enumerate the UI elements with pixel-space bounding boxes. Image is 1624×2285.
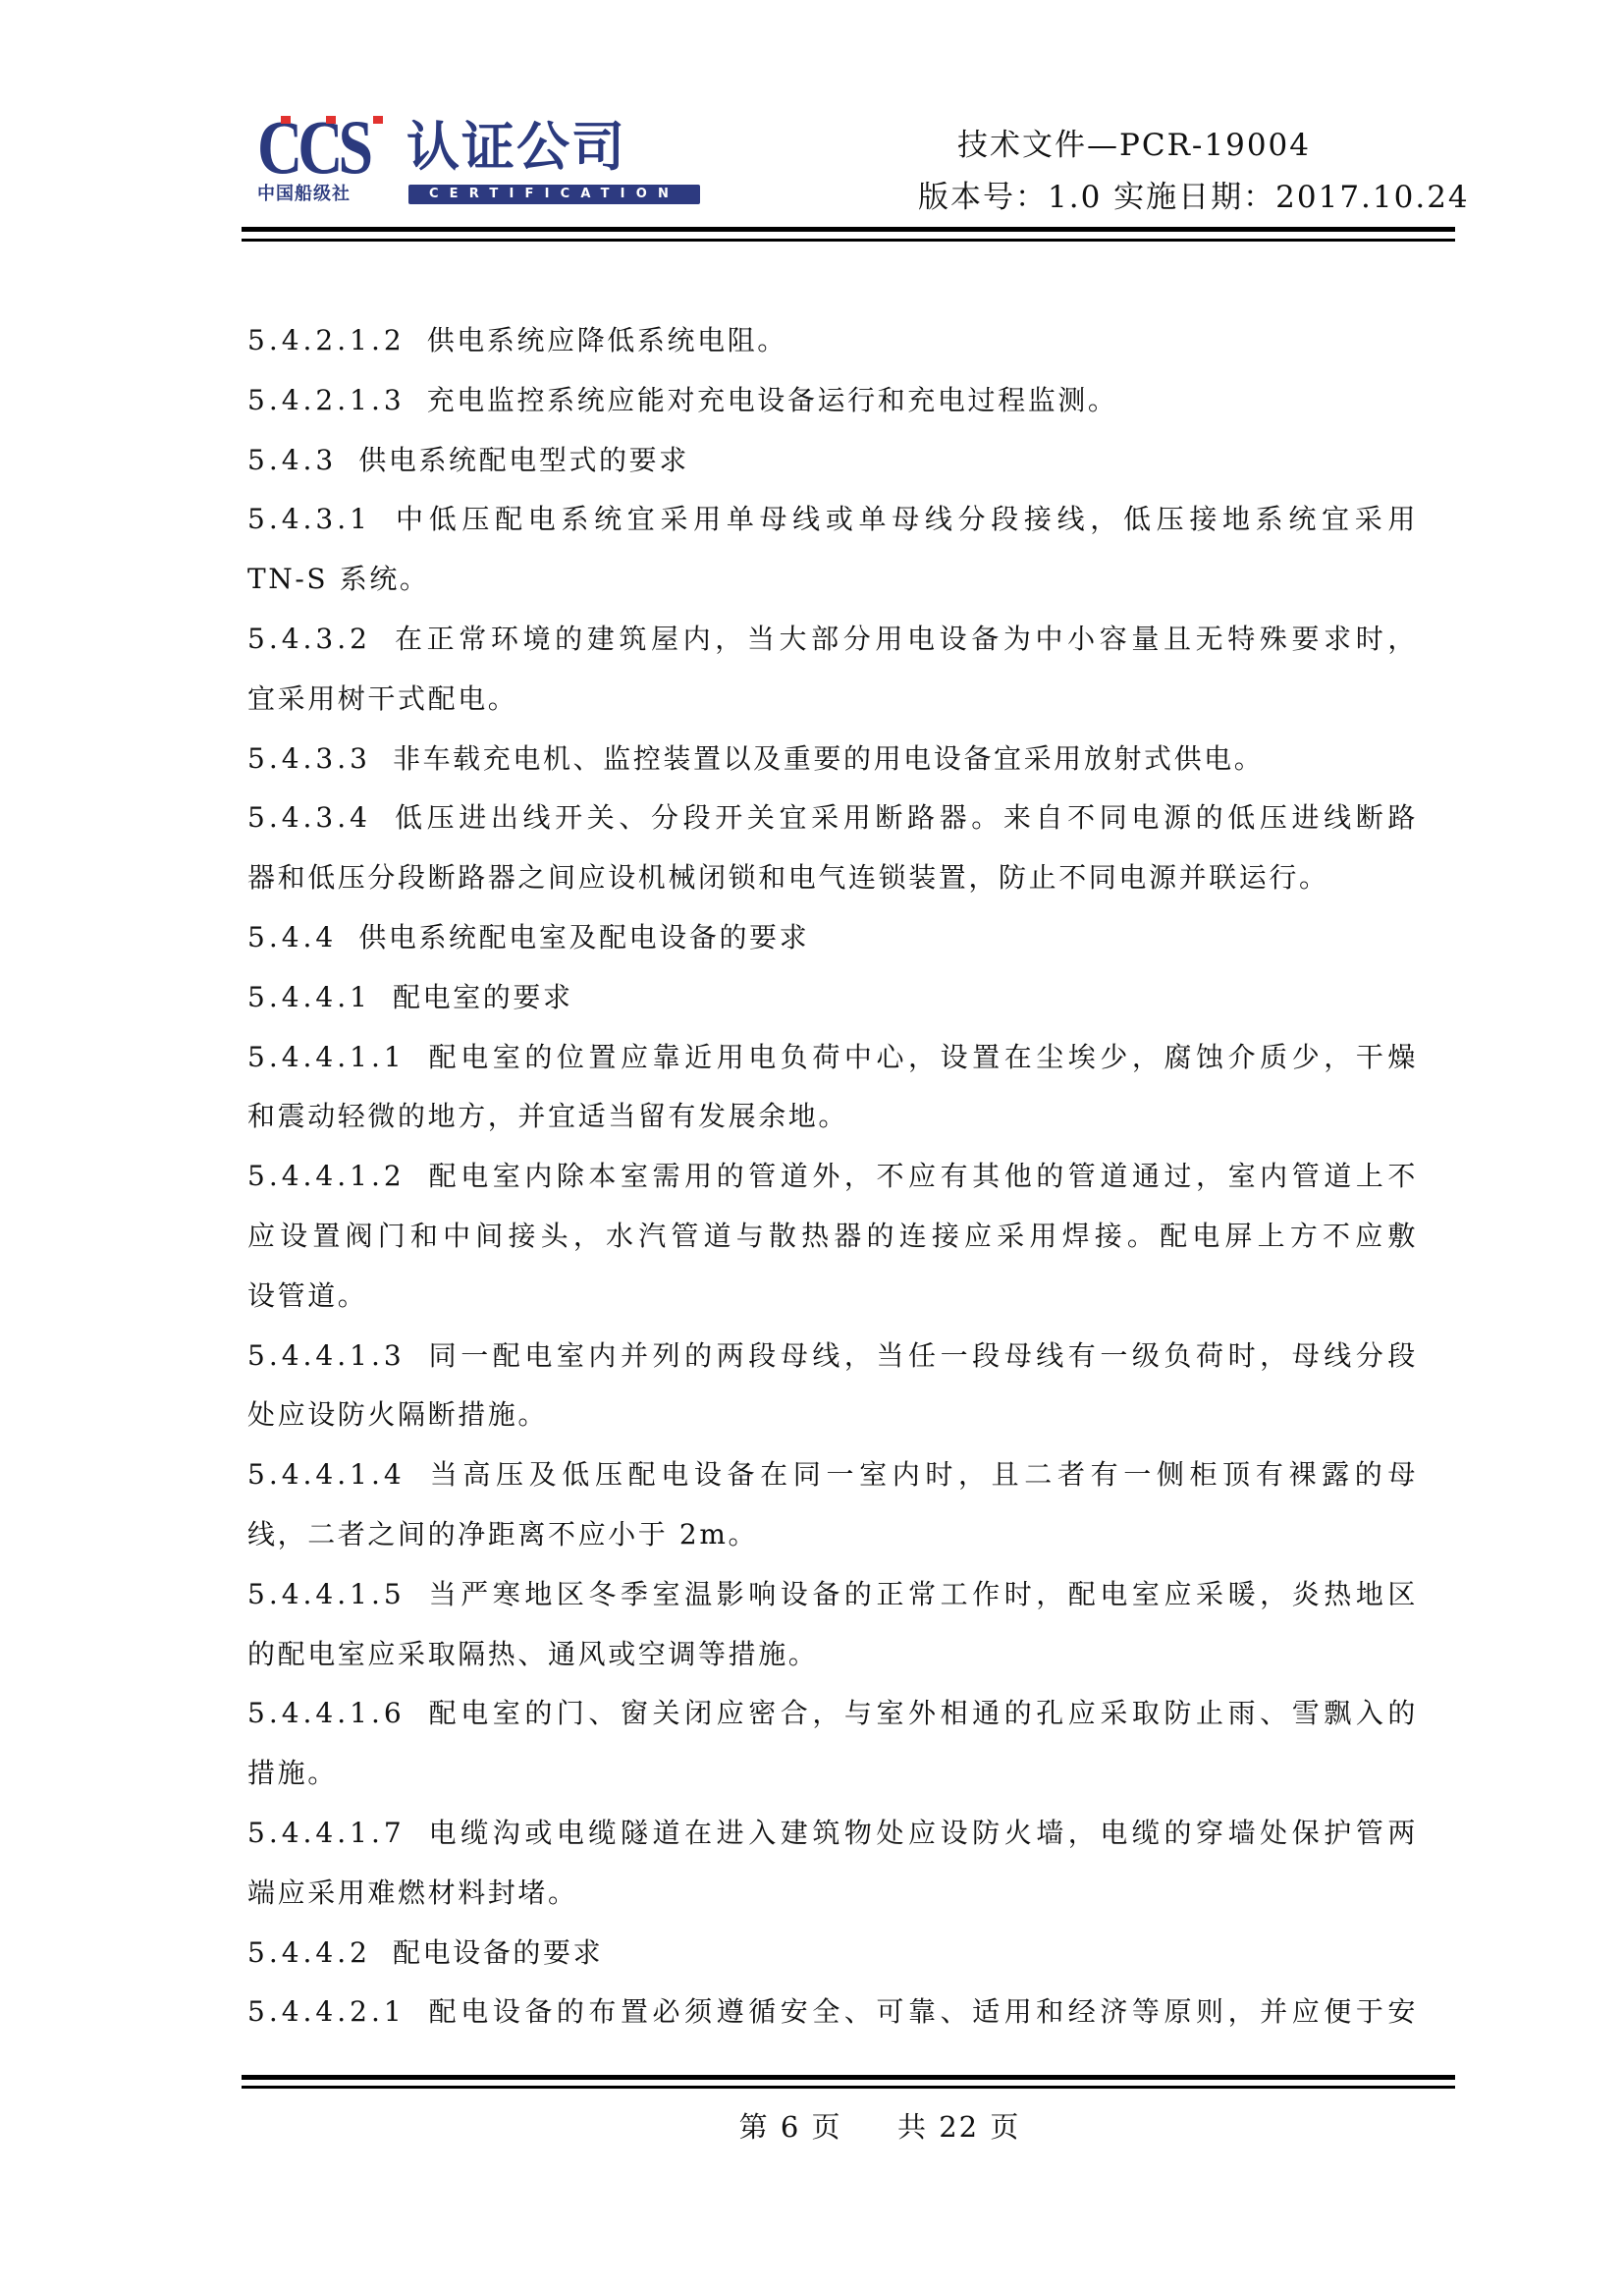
clause-number: 5.4.4.1 xyxy=(247,981,371,1013)
header-rule-thin xyxy=(242,239,1455,242)
clause-number: 5.4.4.1.6 xyxy=(247,1697,406,1729)
clause-continuation-line: 应设置阀门和中间接头，水汽管道与散热器的连接应采用焊接。配电屏上方不应敷 xyxy=(247,1207,1418,1267)
clause-text: 应设置阀门和中间接头，水汽管道与散热器的连接应采用焊接。配电屏上方不应敷 xyxy=(247,1220,1418,1252)
clause-number: 5.4.2.1.2 xyxy=(247,324,406,356)
clause-line: 5.4.3.1中低压配电系统宜采用单母线或单母线分段接线，低压接地系统宜采用 xyxy=(247,490,1418,550)
clause-text: 供电系统配电室及配电设备的要求 xyxy=(358,921,809,953)
clause-line: 5.4.4.2配电设备的要求 xyxy=(247,1924,1418,1984)
clause-number: 5.4.3.2 xyxy=(247,623,371,655)
clause-continuation-line: 端应采用难燃材料封堵。 xyxy=(247,1864,1418,1924)
clause-number: 5.4.3.1 xyxy=(247,503,371,535)
clause-number: 5.4.4.1.2 xyxy=(247,1160,406,1192)
clause-continuation-line: 和震动轻微的地方，并宜适当留有发展余地。 xyxy=(247,1087,1418,1147)
clause-number: 5.4.4.1.5 xyxy=(247,1578,406,1610)
clause-line: 5.4.4.1.2配电室内除本室需用的管道外，不应有其他的管道通过，室内管道上不 xyxy=(247,1147,1418,1207)
clause-number: 5.4.2.1.3 xyxy=(247,384,406,416)
clause-text: 充电监控系统应能对充电设备运行和充电过程监测。 xyxy=(427,384,1118,416)
logo-org-cn: 中国船级社 xyxy=(257,185,351,204)
clause-text: 当高压及低压配电设备在同一室内时，且二者有一侧柜顶有裸露的母 xyxy=(427,1458,1418,1491)
clause-number: 5.4.4.1.7 xyxy=(247,1817,406,1849)
clause-number: 5.4.4.2 xyxy=(247,1936,371,1969)
clause-number: 5.4.3.3 xyxy=(247,742,371,775)
clause-text: 配电室的门、窗关闭应密合，与室外相通的孔应采取防止雨、雪飘入的 xyxy=(427,1697,1418,1729)
clause-text: 电缆沟或电缆隧道在进入建筑物处应设防火墙，电缆的穿墙处保护管两 xyxy=(427,1817,1418,1849)
page-footer: 第 6 页 共 22 页 xyxy=(242,2107,1518,2147)
clause-text: 配电设备的要求 xyxy=(393,1936,603,1969)
clause-line: 5.4.4供电系统配电室及配电设备的要求 xyxy=(247,908,1418,968)
clause-text: 供电系统应降低系统电阻。 xyxy=(427,324,787,356)
clause-line: 5.4.4.1配电室的要求 xyxy=(247,968,1418,1028)
clause-text: 配电室的要求 xyxy=(393,981,573,1013)
clause-number: 5.4.4.1.3 xyxy=(247,1339,406,1372)
document-id: 技术文件—PCR-19004 xyxy=(957,126,1272,165)
clause-number: 5.4.3 xyxy=(247,444,337,476)
footer-rule-thin xyxy=(242,2086,1455,2089)
page-number-current: 第 6 页 xyxy=(739,2107,842,2147)
document-version-date: 版本号：1.0 实施日期：2017.10.24 xyxy=(918,178,1448,217)
clause-text: 设管道。 xyxy=(247,1279,367,1312)
clause-text: 配电室内除本室需用的管道外，不应有其他的管道通过，室内管道上不 xyxy=(427,1160,1418,1192)
logo-name-cn: 认证公司 xyxy=(406,118,626,177)
clause-text: 同一配电室内并列的两段母线，当任一段母线有一级负荷时，母线分段 xyxy=(427,1339,1418,1372)
clause-line: 5.4.3.4低压进出线开关、分段开关宜采用断路器。来自不同电源的低压进线断路 xyxy=(247,789,1418,848)
clause-text: 中低压配电系统宜采用单母线或单母线分段接线，低压接地系统宜采用 xyxy=(393,503,1418,535)
logo-ccs-text: CCS xyxy=(257,116,368,179)
clause-line: 5.4.4.1.4当高压及低压配电设备在同一室内时，且二者有一侧柜顶有裸露的母 xyxy=(247,1445,1418,1505)
clause-line: 5.4.3.3非车载充电机、监控装置以及重要的用电设备宜采用放射式供电。 xyxy=(247,730,1418,789)
clause-text: 配电室的位置应靠近用电负荷中心，设置在尘埃少，腐蚀介质少，干燥 xyxy=(427,1041,1418,1073)
clause-line: 5.4.4.1.5当严寒地区冬季室温影响设备的正常工作时，配电室应采暖，炎热地区 xyxy=(247,1565,1418,1625)
clause-text: 当严寒地区冬季室温影响设备的正常工作时，配电室应采暖，炎热地区 xyxy=(427,1578,1418,1610)
clause-continuation-line: 处应设防火隔断措施。 xyxy=(247,1386,1418,1445)
clause-line: 5.4.3.2在正常环境的建筑屋内，当大部分用电设备为中小容量且无特殊要求时， xyxy=(247,610,1418,670)
clause-continuation-line: 设管道。 xyxy=(247,1267,1418,1327)
clause-number: 5.4.4 xyxy=(247,921,337,953)
clause-line: 5.4.4.1.6配电室的门、窗关闭应密合，与室外相通的孔应采取防止雨、雪飘入的 xyxy=(247,1684,1418,1744)
clause-continuation-line: 线，二者之间的净距离不应小于 2m。 xyxy=(247,1505,1418,1565)
clause-line: 5.4.4.1.7电缆沟或电缆隧道在进入建筑物处应设防火墙，电缆的穿墙处保护管两 xyxy=(247,1804,1418,1864)
clause-number: 5.4.4.1.1 xyxy=(247,1041,406,1073)
clause-text: 非车载充电机、监控装置以及重要的用电设备宜采用放射式供电。 xyxy=(393,742,1264,775)
clause-continuation-line: TN-S 系统。 xyxy=(247,550,1418,610)
clause-continuation-line: 的配电室应采取隔热、通风或空调等措施。 xyxy=(247,1625,1418,1685)
clause-text: 宜采用树干式配电。 xyxy=(247,682,517,715)
clause-text: 供电系统配电型式的要求 xyxy=(358,444,689,476)
clause-number: 5.4.4.2.1 xyxy=(247,1995,406,2028)
logo-certification-bar: CERTIFICATION xyxy=(408,185,700,204)
company-logo: CCS 认证公司 中国船级社 CERTIFICATION xyxy=(257,116,701,206)
clause-continuation-line: 器和低压分段断路器之间应设机械闭锁和电气连锁装置，防止不同电源并联运行。 xyxy=(247,848,1418,908)
clause-number: 5.4.4.1.4 xyxy=(247,1458,406,1491)
clause-text: 和震动轻微的地方，并宜适当留有发展余地。 xyxy=(247,1100,848,1132)
clause-text: 处应设防火隔断措施。 xyxy=(247,1398,548,1431)
clause-text: 器和低压分段断路器之间应设机械闭锁和电气连锁装置，防止不同电源并联运行。 xyxy=(247,861,1329,894)
document-body: 5.4.2.1.2供电系统应降低系统电阻。5.4.2.1.3充电监控系统应能对充… xyxy=(247,311,1418,2042)
page-number-total: 共 22 页 xyxy=(897,2107,1020,2147)
clause-continuation-line: 宜采用树干式配电。 xyxy=(247,670,1418,730)
clause-line: 5.4.3供电系统配电型式的要求 xyxy=(247,431,1418,491)
clause-text: 线，二者之间的净距离不应小于 2m。 xyxy=(247,1518,758,1551)
clause-continuation-line: 措施。 xyxy=(247,1744,1418,1804)
clause-line: 5.4.4.1.3同一配电室内并列的两段母线，当任一段母线有一级负荷时，母线分段 xyxy=(247,1327,1418,1387)
clause-line: 5.4.2.1.2供电系统应降低系统电阻。 xyxy=(247,311,1418,371)
footer-rule-thick xyxy=(242,2075,1455,2080)
clause-line: 5.4.4.1.1配电室的位置应靠近用电负荷中心，设置在尘埃少，腐蚀介质少，干燥 xyxy=(247,1028,1418,1088)
clause-text: 措施。 xyxy=(247,1757,338,1789)
clause-text: 低压进出线开关、分段开关宜采用断路器。来自不同电源的低压进线断路 xyxy=(393,801,1418,834)
clause-line: 5.4.2.1.3充电监控系统应能对充电设备运行和充电过程监测。 xyxy=(247,371,1418,431)
logo-ccs-mark: CCS xyxy=(257,116,393,179)
clause-text: 端应采用难燃材料封堵。 xyxy=(247,1877,578,1909)
header-rule-thick xyxy=(242,227,1455,232)
clause-line: 5.4.4.2.1配电设备的布置必须遵循安全、可靠、适用和经济等原则，并应便于安 xyxy=(247,1983,1418,2042)
clause-text: 的配电室应采取隔热、通风或空调等措施。 xyxy=(247,1638,818,1670)
clause-text: TN-S 系统。 xyxy=(247,563,430,595)
clause-number: 5.4.3.4 xyxy=(247,801,371,834)
clause-text: 在正常环境的建筑屋内，当大部分用电设备为中小容量且无特殊要求时， xyxy=(393,623,1418,655)
clause-text: 配电设备的布置必须遵循安全、可靠、适用和经济等原则，并应便于安 xyxy=(427,1995,1418,2028)
